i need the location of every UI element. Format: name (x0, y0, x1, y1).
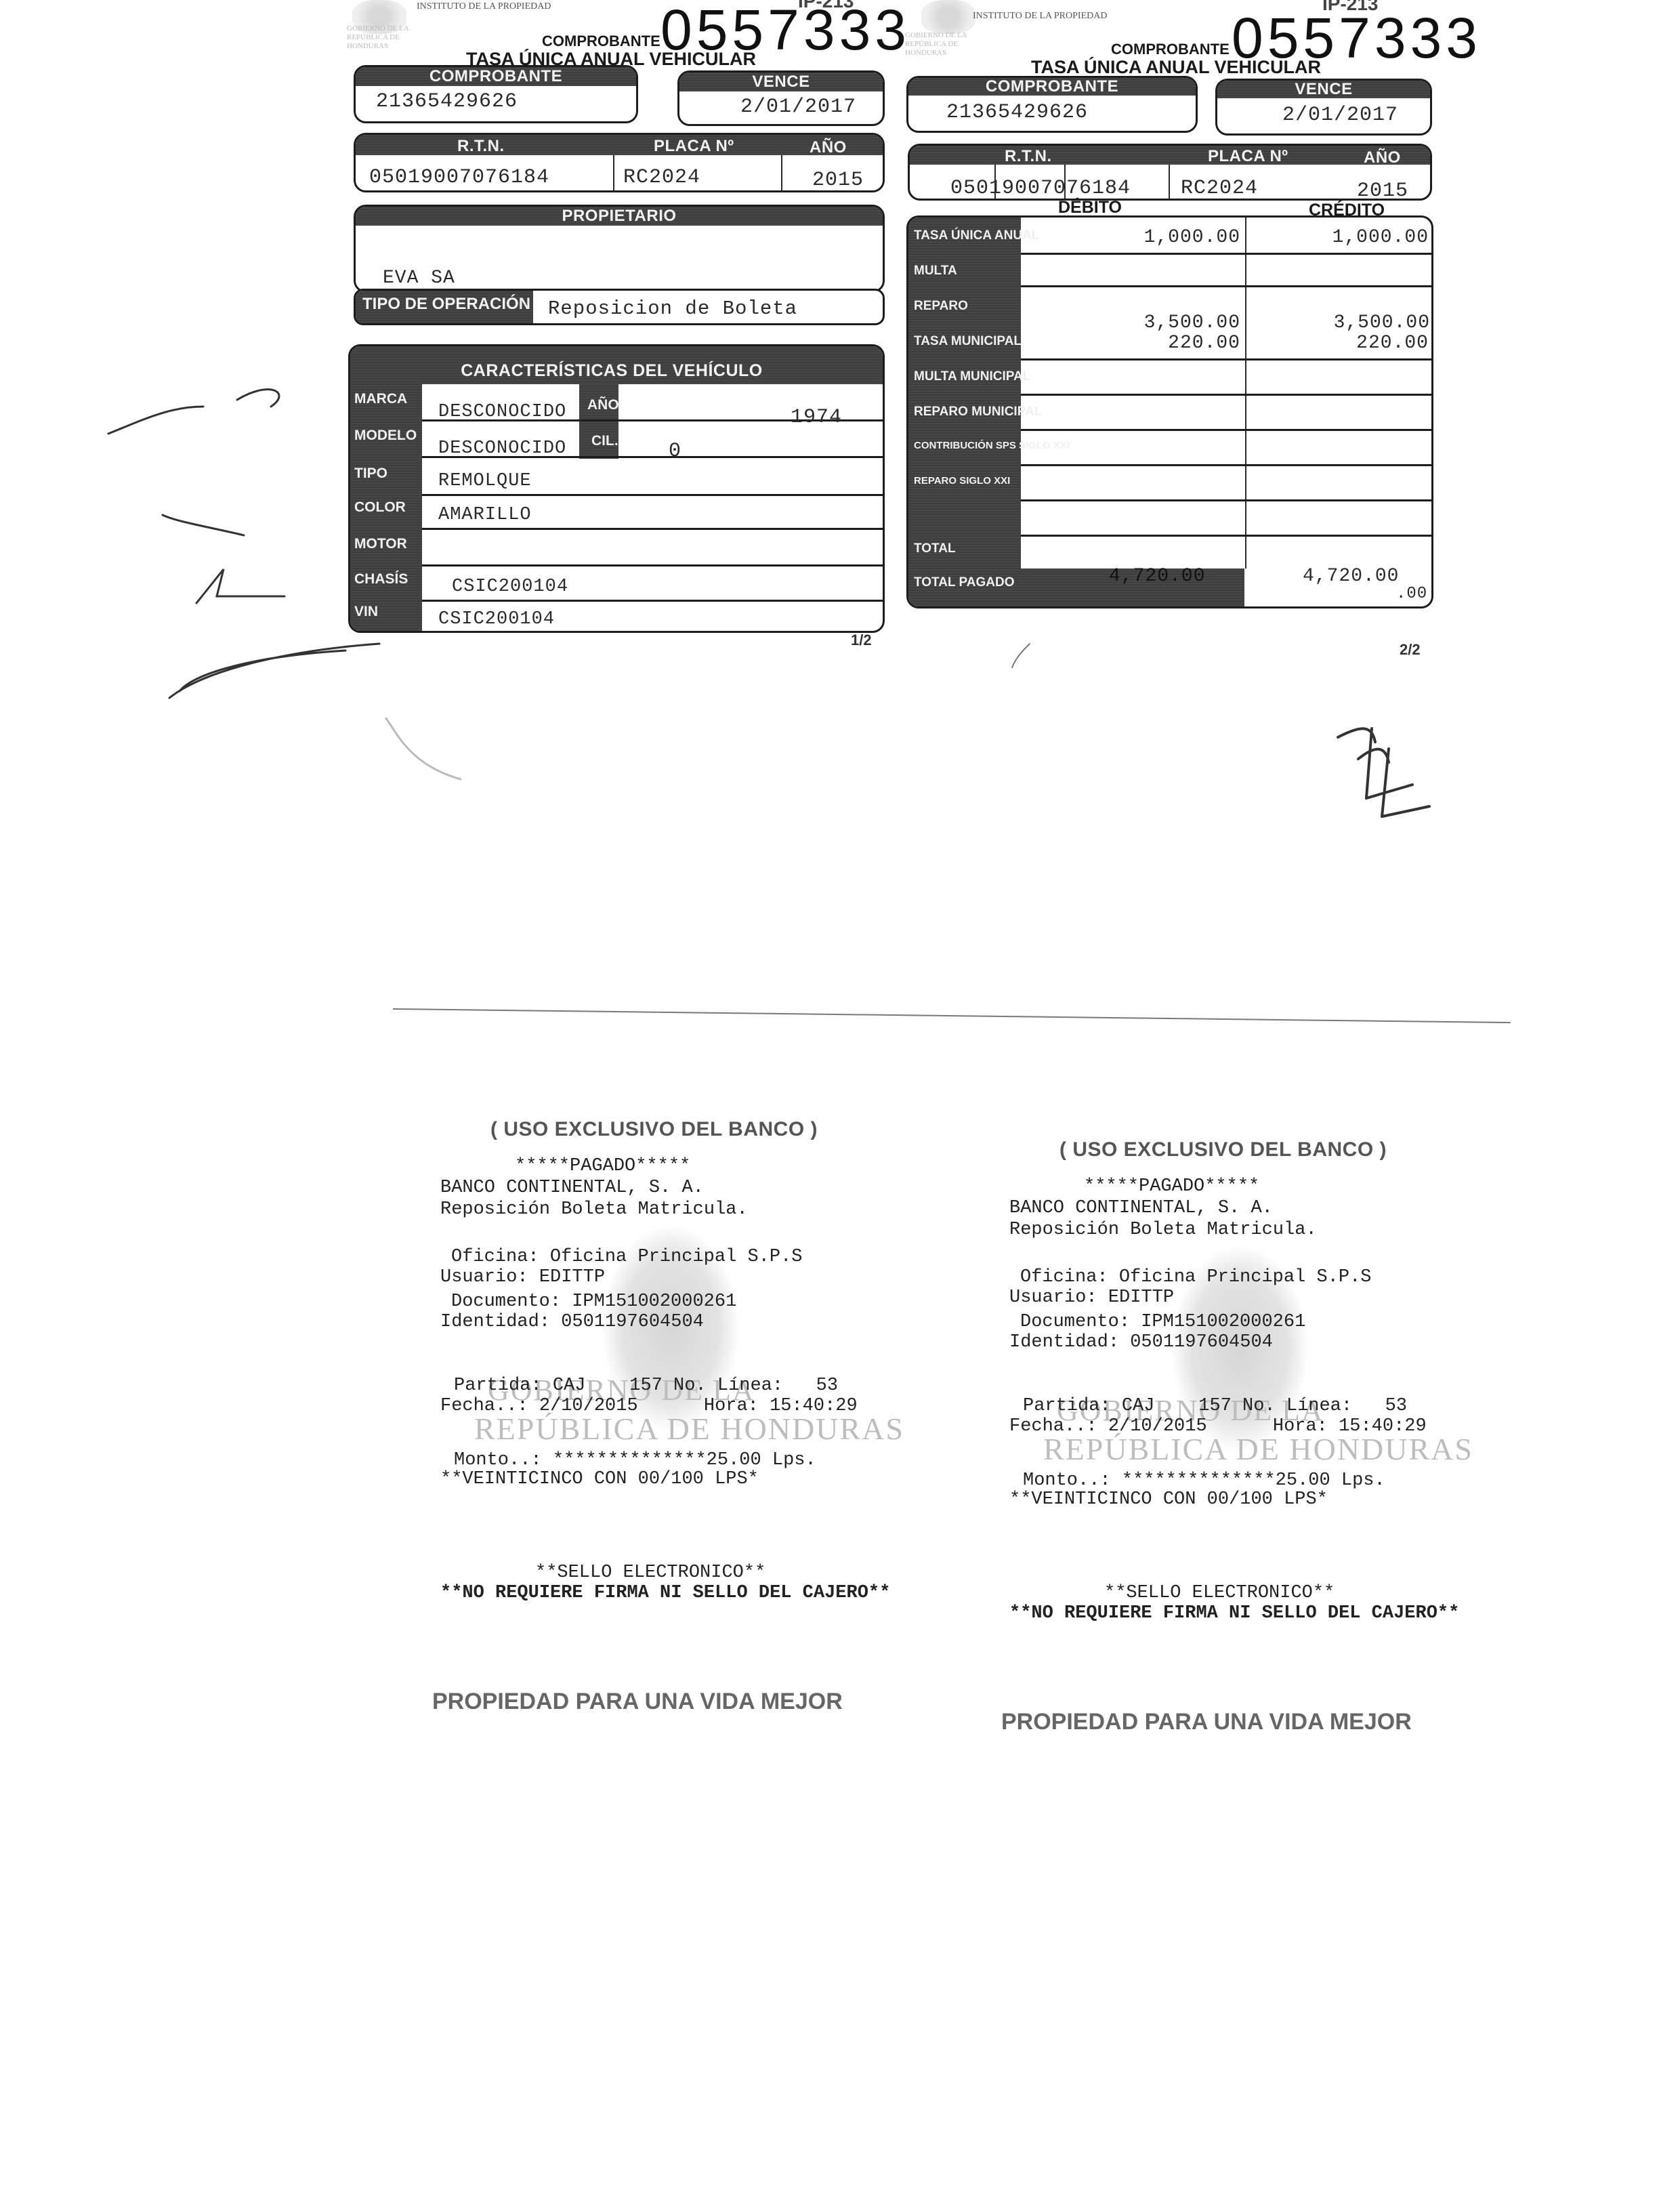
bank-stamp: ( USO EXCLUSIVO DEL BANCO )*****PAGADO**… (427, 1118, 942, 1741)
paid-status: *****PAGADO***** (1084, 1176, 1259, 1197)
paid-status: *****PAGADO***** (515, 1156, 690, 1176)
oficina: Oficina: Oficina Principal S.P.S (451, 1247, 802, 1267)
partida-line: Partida: CAJ 157 No. Línea: 53 (1023, 1396, 1407, 1416)
signature-note-line: **NO REQUIERE FIRMA NI SELLO DEL CAJERO*… (440, 1583, 890, 1603)
payment-concept: Reposición Boleta Matricula. (1009, 1220, 1317, 1240)
bank-stamp: ( USO EXCLUSIVO DEL BANCO )*****PAGADO**… (996, 1138, 1511, 1762)
bank-use-header: ( USO EXCLUSIVO DEL BANCO ) (1059, 1138, 1387, 1161)
electronic-seal-line: **SELLO ELECTRONICO** (1104, 1583, 1335, 1603)
monto-line: Monto..: **************25.00 Lps. (1023, 1470, 1385, 1491)
monto-line: Monto..: **************25.00 Lps. (454, 1450, 816, 1470)
fecha-hora-line: Fecha..: 2/10/2015 Hora: 15:40:29 (1009, 1416, 1427, 1437)
monto-letras-line: **VEINTICINCO CON 00/100 LPS* (1009, 1489, 1328, 1510)
bank-name: BANCO CONTINENTAL, S. A. (1009, 1198, 1273, 1218)
monto-letras-line: **VEINTICINCO CON 00/100 LPS* (440, 1469, 759, 1489)
usuario: Usuario: EDITTP (1009, 1287, 1174, 1308)
documento: Documento: IPM151002000261 (451, 1292, 736, 1312)
bank-use-header: ( USO EXCLUSIVO DEL BANCO ) (490, 1118, 818, 1141)
electronic-seal-line: **SELLO ELECTRONICO** (535, 1563, 765, 1583)
documento: Documento: IPM151002000261 (1020, 1312, 1305, 1332)
fecha-hora-line: Fecha..: 2/10/2015 Hora: 15:40:29 (440, 1396, 858, 1416)
handwritten-marks-icon (0, 0, 1680, 1016)
identidad: Identidad: 0501197604504 (1009, 1332, 1273, 1353)
oficina: Oficina: Oficina Principal S.P.S (1020, 1267, 1371, 1287)
identidad: Identidad: 0501197604504 (440, 1312, 704, 1332)
slogan: PROPIEDAD PARA UNA VIDA MEJOR (1001, 1709, 1412, 1735)
partida-line: Partida: CAJ 157 No. Línea: 53 (454, 1376, 838, 1396)
bank-name: BANCO CONTINENTAL, S. A. (440, 1178, 704, 1198)
payment-concept: Reposición Boleta Matricula. (440, 1199, 748, 1220)
signature-note-line: **NO REQUIERE FIRMA NI SELLO DEL CAJERO*… (1009, 1603, 1459, 1624)
slogan: PROPIEDAD PARA UNA VIDA MEJOR (432, 1689, 843, 1715)
usuario: Usuario: EDITTP (440, 1267, 605, 1287)
